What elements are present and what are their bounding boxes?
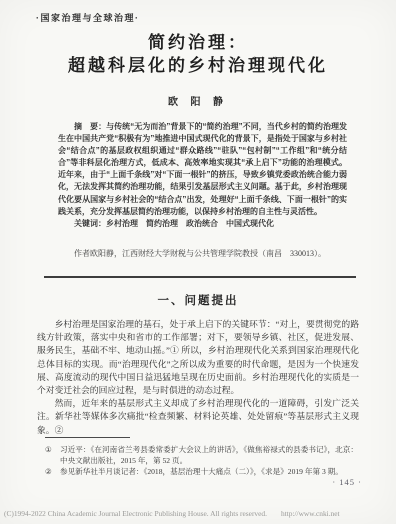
keywords-text: 乡村治理 简约治理 政治统合 中国式现代化 [106,219,274,228]
header-divider-rule [44,276,356,278]
article-title: 简约治理： 超越科层化的乡村治理现代化 [0,31,396,77]
keywords-label: 关键词： [74,219,106,228]
article-title-line-2: 超越科层化的乡村治理现代化 [0,54,396,77]
footnote-marker: ② [45,466,60,477]
footnote-text: 参见新华社半月谈记者：《2018，基层治理十大痛点（二）》，《求是》2019 年… [60,466,358,477]
journal-page: ·国家治理与全球治理· 简约治理： 超越科层化的乡村治理现代化 欧 阳 静 摘 … [0,0,396,524]
abstract-text: 与传统“无为而治”背景下的“简约治理”不同，当代乡村的简约治理发生在中国共产党“… [58,122,347,216]
column-header: ·国家治理与全球治理· [36,11,140,24]
abstract-label: 摘 要： [74,122,106,131]
footnote-marker: ① [45,444,60,455]
author-affiliation-note: 作者欧阳静，江西财经大学财税与公共管理学院教授（南昌 330013）。 [58,248,351,260]
footnotes-block: ① 习近平：《在河南省兰考县委常委扩大会议上的讲话》，《做焦裕禄式的县委书记》，… [45,444,358,478]
abstract-block: 摘 要：与传统“无为而治”背景下的“简约治理”不同，当代乡村的简约治理发生在中国… [58,121,347,230]
keywords-line: 关键词：乡村治理 简约治理 政治统合 中国式现代化 [58,218,347,230]
section-heading: 一、问题提出 [0,292,396,308]
copyright-text: (C)1994-2022 China Academic Journal Elec… [4,509,267,518]
footnote-divider [45,437,130,438]
abstract-paragraph: 摘 要：与传统“无为而治”背景下的“简约治理”不同，当代乡村的简约治理发生在中国… [58,121,347,218]
footnote-item: ① 习近平：《在河南省兰考县委常委扩大会议上的讲话》，《做焦裕禄式的县委书记》，… [45,444,358,466]
author-name: 欧 阳 静 [0,93,396,108]
body-text: 乡村治理是国家治理的基石，处于承上启下的关键环节：“对上，要贯彻党的路线方针政策… [37,318,359,437]
article-title-line-1: 简约治理： [0,31,396,54]
body-paragraph-2: 然而，近年来的基层形式主义却成了乡村治理现代化的一道障碍，引发广泛关注。新华社等… [37,397,359,437]
page-number: · 145 · [332,477,362,487]
footnote-item: ② 参见新华社半月谈记者：《2018，基层治理十大痛点（二）》，《求是》2019… [45,466,358,477]
cnki-url: http://www.cnki.net [281,509,340,518]
body-paragraph-1: 乡村治理是国家治理的基石，处于承上启下的关键环节：“对上，要贯彻党的路线方针政策… [37,318,359,397]
footnote-text: 习近平：《在河南省兰考县委常委扩大会议上的讲话》，《做焦裕禄式的县委书记》，北京… [60,444,358,466]
copyright-notice: (C)1994-2022 China Academic Journal Elec… [4,509,394,518]
